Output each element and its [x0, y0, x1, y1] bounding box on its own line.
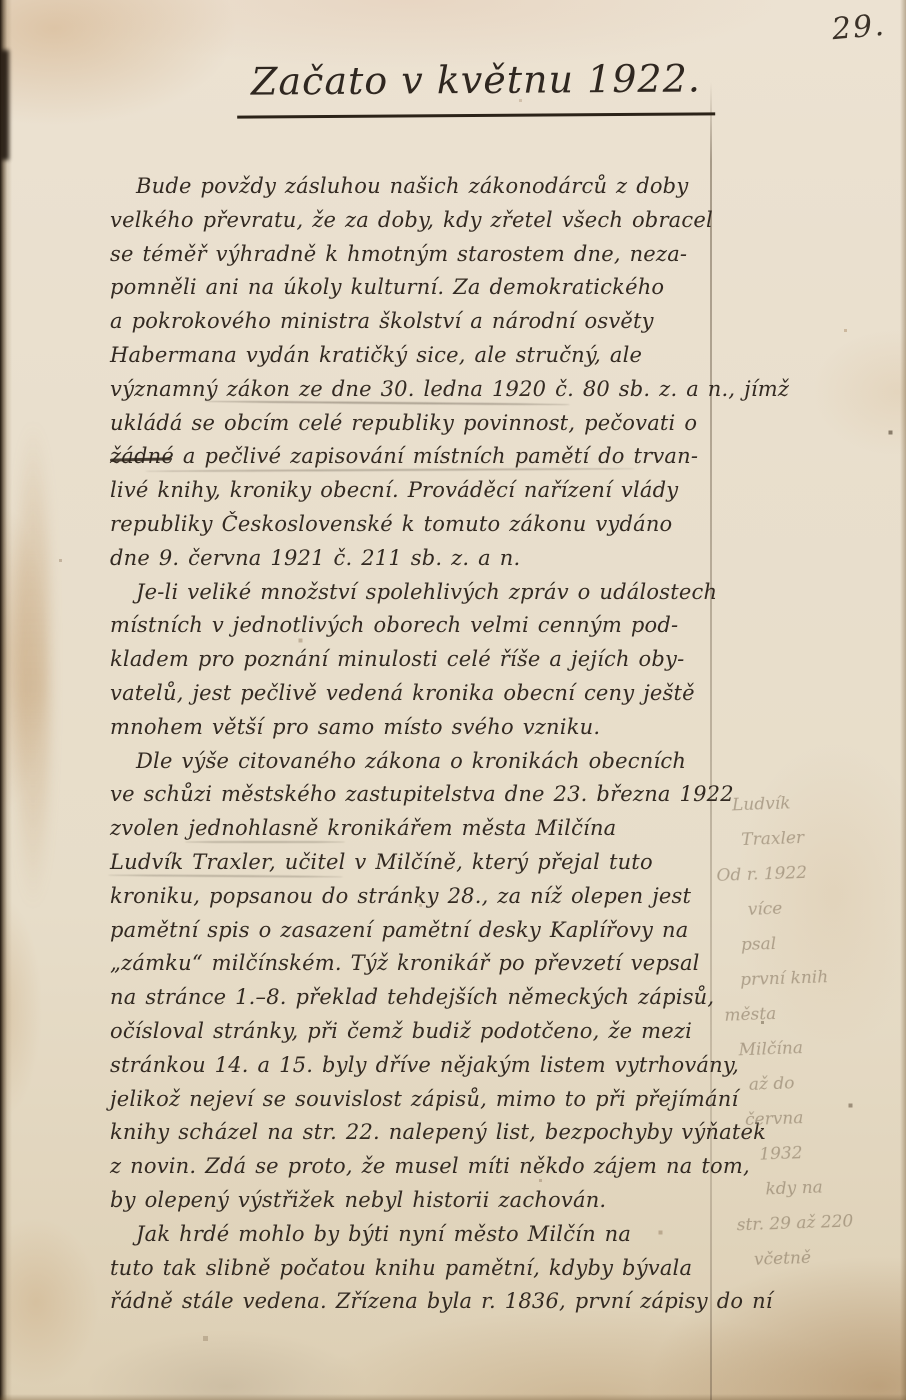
manuscript-line: jelikož nejeví se souvislost zápisů, mim… [110, 1083, 718, 1117]
margin-note-line: města [724, 993, 887, 1034]
page-left-edge [0, 0, 12, 1400]
manuscript-line: očísloval stránky, při čemž budiž podotč… [110, 1015, 718, 1049]
margin-note-pencil: LudvíkTraxlerOd r. 1922vícepsalprvní kni… [713, 783, 895, 1278]
manuscript-line: vatelů, jest pečlivě vedená kronika obec… [110, 677, 718, 711]
margin-note-line: až do [748, 1063, 889, 1103]
manuscript-line: místních v jednotlivých oborech velmi ce… [110, 609, 718, 643]
manuscript-line: ve schůzi městského zastupitelstva dne 2… [110, 778, 718, 812]
binding-stain [16, 420, 50, 910]
manuscript-line: kladem pro poznání minulosti celé říše a… [110, 643, 718, 677]
margin-note-line: Ludvík [731, 783, 879, 823]
manuscript-line: dne 9. června 1921 č. 211 sb. z. a n. [110, 542, 718, 576]
manuscript-line: mnohem větší pro samo místo svého vzniku… [110, 711, 718, 745]
margin-note-line: psal [740, 923, 884, 963]
manuscript-line: řádně stále vedena. Zřízena byla r. 1836… [110, 1285, 718, 1319]
manuscript-line: na stránce 1.–8. překlad tehdejších něme… [110, 981, 718, 1015]
manuscript-line: Je-li veliké množství spolehlivých zpráv… [110, 576, 718, 610]
manuscript-line: se téměř výhradně k hmotným starostem dn… [110, 238, 718, 272]
title-underline: Začato v květnu 1922. [237, 56, 715, 118]
paragraph: Bude povždy zásluhou našich zákonodárců … [110, 170, 718, 576]
page-right-edge [900, 0, 906, 1400]
paragraph: Dle výše citovaného zákona o kronikách o… [110, 745, 718, 1218]
margin-note-line: 1932 [759, 1133, 892, 1173]
manuscript-line: stránkou 14. a 15. byly dříve nějakým li… [110, 1049, 718, 1083]
manuscript-line: tuto tak slibně počatou knihu pamětní, k… [110, 1252, 718, 1286]
margin-note-line: kdy na [765, 1168, 893, 1207]
margin-note-line: první knih [740, 958, 886, 998]
margin-note-line: včetně [753, 1238, 895, 1278]
margin-note-line: Traxler [741, 818, 881, 858]
manuscript-line: pamětní spis o zasazení pamětní desky Ka… [110, 914, 718, 948]
pencil-underline [185, 841, 345, 843]
margin-note-line: Od r. 1922 [716, 853, 882, 894]
manuscript-line: Jak hrdé mohlo by býti nyní město Milčín… [110, 1218, 718, 1252]
manuscript-line: „zámku“ milčínském. Týž kronikář po přev… [110, 947, 718, 981]
manuscript-line: livé knihy, kroniky obecní. Prováděcí na… [110, 474, 718, 508]
page-number: 29. [831, 8, 888, 48]
manuscript-page: 29. Začato v květnu 1922. Bude povždy zá… [0, 0, 906, 1400]
manuscript-line: Dle výše citovaného zákona o kronikách o… [110, 745, 718, 779]
page-bottom-edge [0, 1394, 906, 1400]
page-left-edge-dark [0, 50, 9, 160]
margin-note-line: str. 29 až 220 [736, 1203, 894, 1243]
manuscript-line: by olepený výstřižek nebyl historii zach… [110, 1184, 718, 1218]
manuscript-line: kroniku, popsanou do stránky 28., za níž… [110, 880, 718, 914]
manuscript-line: ukládá se obcím celé republiky povinnost… [110, 407, 718, 441]
paragraph: Je-li veliké množství spolehlivých zpráv… [110, 576, 718, 745]
page-title: Začato v květnu 1922. [251, 56, 701, 103]
manuscript-body: Bude povždy zásluhou našich zákonodárců … [110, 170, 718, 1319]
margin-note-line: června [744, 1098, 890, 1138]
manuscript-line: Habermana vydán kratičký sice, ale struč… [110, 339, 718, 373]
manuscript-line: pomněli ani na úkoly kulturní. Za demokr… [110, 271, 718, 305]
manuscript-line: velkého převratu, že za doby, kdy zřetel… [110, 204, 718, 238]
paragraph: Jak hrdé mohlo by býti nyní město Milčín… [110, 1218, 718, 1319]
margin-note-line: více [747, 888, 883, 928]
paper-specks [0, 0, 1, 1]
manuscript-line: republiky Československé k tomuto zákonu… [110, 508, 718, 542]
manuscript-line: Bude povždy zásluhou našich zákonodárců … [110, 170, 718, 204]
manuscript-line: a pokrokového ministra školství a národn… [110, 305, 718, 339]
margin-note-line: Milčína [738, 1028, 888, 1068]
manuscript-line: knihy scházel na str. 22. nalepený list,… [110, 1116, 718, 1150]
manuscript-line: z novin. Zdá se proto, že musel míti něk… [110, 1150, 718, 1184]
